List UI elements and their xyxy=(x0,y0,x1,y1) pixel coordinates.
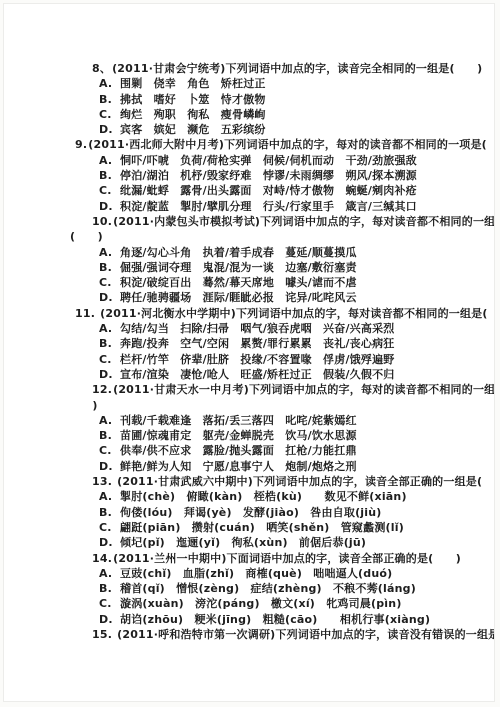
option-label: D. xyxy=(99,290,113,305)
option-label: D. xyxy=(99,459,113,474)
question-14-intro-text: (2011·兰州一中期中)下面词语中加点的字，读音全部正确的是( ) xyxy=(113,552,461,565)
option-label: D. xyxy=(99,612,113,627)
question-10-option-d: D.聘任/驰骋疆场 涯际/睚眦必报 诧异/叱咤风云 xyxy=(69,290,453,305)
question-10: 10.(2011·内蒙包头市模拟考试)下列词语中加点的字，每对读音都不相同的一组… xyxy=(69,214,453,306)
question-10-number: 10. xyxy=(92,215,112,228)
option-text: 积淀/靛蓝 掣肘/擘肌分理 行头/行家里手 箴言/三缄其口 xyxy=(120,200,417,213)
question-9-intro-text: (2011·西北师大附中月考)下列词语中加点的字，每对的读音都不相同的一项是( … xyxy=(88,138,495,151)
option-text: 倔强/强词夺理 鬼混/混为一谈 边塞/敷衍塞责 xyxy=(120,261,357,274)
question-15-intro-text: (2011·呼和浩特市第一次调研)下列词语中加点的字，读音没有错误的一组是( ) xyxy=(113,628,495,641)
question-11-intro: 11. (2011·河北衡水中学期中)下列词语中加点的字，每对读音都不相同的一组… xyxy=(69,306,453,321)
option-text: 掣肘(chè) 俯瞰(kàn) 桎梏(kù) 数见不鲜(xiān) xyxy=(120,490,407,503)
question-13-option-d: D.倾圮(pǐ) 迤逦(yǐ) 徇私(xùn) 前倨后恭(jū) xyxy=(69,535,453,550)
question-11: 11. (2011·河北衡水中学期中)下列词语中加点的字，每对读音都不相同的一组… xyxy=(69,306,453,382)
option-text: 豆豉(chǐ) 血脂(zhǐ) 商榷(què) 咄咄逼人(duó) xyxy=(120,567,392,580)
option-text: 倾圮(pǐ) 迤逦(yǐ) 徇私(xùn) 前倨后恭(jū) xyxy=(120,536,366,549)
question-8: 8、(2011·甘肃会宁统考)下列词语中加点的字，读音完全相同的一组是( ) A… xyxy=(69,61,453,137)
question-13: 13. (2011·甘肃武威六中期中)下列词语中加点的字，读音全部正确的一组是(… xyxy=(69,474,453,550)
question-12-option-d: D.鲜艳/鲜为人知 宁愿/息事宁人 炮制/炮烙之刑 xyxy=(69,459,453,474)
question-12-intro: 12.(2011·甘肃天水一中月考)下列词语中加点的字，每对的读音都不相同的一组… xyxy=(69,382,453,397)
option-label: D. xyxy=(99,122,113,137)
option-label: A. xyxy=(99,153,113,168)
option-text: 勾结/勾当 扫除/扫帚 咽气/狼吞虎咽 兴奋/兴高采烈 xyxy=(120,322,394,335)
option-label: D. xyxy=(99,367,113,382)
option-label: C. xyxy=(99,520,113,535)
question-14-number: 14. xyxy=(92,552,112,565)
question-9-number: 9. xyxy=(75,138,87,151)
question-10-option-a: A.角逐/勾心斗角 执着/着手成春 蔓延/顺蔓摸瓜 xyxy=(69,245,453,260)
question-15-intro: 15. (2011·呼和浩特市第一次调研)下列词语中加点的字，读音没有错误的一组… xyxy=(69,627,453,642)
option-label: B. xyxy=(99,168,113,183)
option-text: 奔跑/投奔 空气/空闲 累赘/罪行累累 丧礼/丧心病狂 xyxy=(120,337,394,350)
question-8-intro: 8、(2011·甘肃会宁统考)下列词语中加点的字，读音完全相同的一组是( ) xyxy=(69,61,453,76)
question-9-intro: 9.(2011·西北师大附中月考)下列词语中加点的字，每对的读音都不相同的一项是… xyxy=(69,137,453,152)
option-label: A. xyxy=(99,245,113,260)
option-label: A. xyxy=(99,321,113,336)
option-text: 稽首(qǐ) 憎恨(zèng) 症结(zhèng) 不稂不莠(láng) xyxy=(120,582,416,595)
question-12-option-a: A.刊载/千载难逢 落拓/丢三落四 叱咤/姹紫嫣红 xyxy=(69,413,453,428)
option-text: 苗圃/惊魂甫定 躯壳/金蝉脱壳 饮马/饮水思源 xyxy=(120,429,357,442)
option-text: 停泊/湖泊 机杼/毁家纾难 悖谬/未雨绸缪 朔风/探本溯源 xyxy=(120,169,417,182)
question-10-intro-text: (2011·内蒙包头市模拟考试)下列词语中加点的字，每对读音都不相同的一组是 xyxy=(113,215,495,228)
option-text: 栏杆/竹竿 侪辈/肚脐 投缘/不容置喙 俘虏/饿殍遍野 xyxy=(120,353,394,366)
question-10-answer-blank: ( ) xyxy=(69,229,453,244)
question-11-option-c: C.栏杆/竹竿 侪辈/肚脐 投缘/不容置喙 俘虏/饿殍遍野 xyxy=(69,352,453,367)
option-label: B. xyxy=(99,581,113,596)
option-text: 佝偻(lóu) 拜谒(yè) 发酵(jiào) 咎由自取(jiù) xyxy=(120,506,382,519)
question-12-option-b: B.苗圃/惊魂甫定 躯壳/金蝉脱壳 饮马/饮水思源 xyxy=(69,428,453,443)
question-8-option-a: A.围剿 侥幸 角色 矫枉过正 xyxy=(69,76,453,91)
option-label: B. xyxy=(99,260,113,275)
option-label: B. xyxy=(99,336,113,351)
question-9-option-b: B.停泊/湖泊 机杼/毁家纾难 悖谬/未雨绸缪 朔风/探本溯源 xyxy=(69,168,453,183)
question-9-option-c: C.纰漏/蚍蜉 露骨/出头露面 对峙/恃才傲物 蜿蜒/剜肉补疮 xyxy=(69,183,453,198)
question-12: 12.(2011·甘肃天水一中月考)下列词语中加点的字，每对的读音都不相同的一组… xyxy=(69,382,453,474)
option-label: A. xyxy=(99,413,113,428)
question-12-answer-blank: ) xyxy=(69,398,453,413)
question-9: 9.(2011·西北师大附中月考)下列词语中加点的字，每对的读音都不相同的一项是… xyxy=(69,137,453,213)
option-text: 聘任/驰骋疆场 涯际/睚眦必报 诧异/叱咤风云 xyxy=(120,291,357,304)
option-label: C. xyxy=(99,352,113,367)
option-label: C. xyxy=(99,183,113,198)
question-10-intro: 10.(2011·内蒙包头市模拟考试)下列词语中加点的字，每对读音都不相同的一组… xyxy=(69,214,453,229)
question-15-number: 15. xyxy=(92,628,112,641)
question-14-option-c: C.漩涡(xuàn) 滂沱(páng) 檄文(xí) 牝鸡司晨(pìn) xyxy=(69,596,453,611)
question-13-option-b: B.佝偻(lóu) 拜谒(yè) 发酵(jiào) 咎由自取(jiù) xyxy=(69,505,453,520)
option-text: 宾客 嫔妃 濒危 五彩缤纷 xyxy=(120,123,266,136)
option-text: 围剿 侥幸 角色 矫枉过正 xyxy=(120,77,266,90)
question-14-option-b: B.稽首(qǐ) 憎恨(zèng) 症结(zhèng) 不稂不莠(láng) xyxy=(69,581,453,596)
question-9-option-a: A.恫吓/吓唬 负荷/荷枪实弹 伺候/伺机而动 干劲/劲旅强敌 xyxy=(69,153,453,168)
question-10-option-b: B.倔强/强词夺理 鬼混/混为一谈 边塞/敷衍塞责 xyxy=(69,260,453,275)
option-text: 胡诌(zhōu) 粳米(jīng) 粗糙(cāo) 相机行事(xiàng) xyxy=(120,613,430,626)
question-8-option-c: C.绚烂 殉职 徇私 瘦骨嶙峋 xyxy=(69,107,453,122)
question-13-option-c: C.翩跹(piān) 攒射(cuán) 哂笑(shěn) 管窥蠡测(lǐ) xyxy=(69,520,453,535)
question-15: 15. (2011·呼和浩特市第一次调研)下列词语中加点的字，读音没有错误的一组… xyxy=(69,627,453,642)
question-13-number: 13. xyxy=(92,475,112,488)
option-text: 供奉/供不应求 露脸/抛头露面 扛枪/力能扛鼎 xyxy=(120,444,357,457)
question-13-intro: 13. (2011·甘肃武威六中期中)下列词语中加点的字，读音全部正确的一组是(… xyxy=(69,474,453,489)
option-label: B. xyxy=(99,428,113,443)
exam-paper-page: 8、(2011·甘肃会宁统考)下列词语中加点的字，读音完全相同的一组是( ) A… xyxy=(3,3,495,702)
option-text: 翩跹(piān) 攒射(cuán) 哂笑(shěn) 管窥蠡测(lǐ) xyxy=(120,521,404,534)
question-9-option-d: D.积淀/靛蓝 掣肘/擘肌分理 行头/行家里手 箴言/三缄其口 xyxy=(69,199,453,214)
option-text: 纰漏/蚍蜉 露骨/出头露面 对峙/恃才傲物 蜿蜒/剜肉补疮 xyxy=(120,184,417,197)
option-text: 鲜艳/鲜为人知 宁愿/息事宁人 炮制/炮烙之刑 xyxy=(120,460,357,473)
option-text: 恫吓/吓唬 负荷/荷枪实弹 伺候/伺机而动 干劲/劲旅强敌 xyxy=(120,154,417,167)
option-label: C. xyxy=(99,275,113,290)
question-14-option-d: D.胡诌(zhōu) 粳米(jīng) 粗糙(cāo) 相机行事(xiàng) xyxy=(69,612,453,627)
question-11-intro-text: (2011·河北衡水中学期中)下列词语中加点的字，每对读音都不相同的一组是( ) xyxy=(96,307,495,320)
question-13-intro-text: (2011·甘肃武威六中期中)下列词语中加点的字，读音全部正确的一组是( ) xyxy=(113,475,495,488)
question-12-number: 12. xyxy=(92,383,112,396)
question-14: 14.(2011·兰州一中期中)下面词语中加点的字，读音全部正确的是( ) A.… xyxy=(69,551,453,627)
option-label: B. xyxy=(99,92,113,107)
question-13-option-a: A.掣肘(chè) 俯瞰(kàn) 桎梏(kù) 数见不鲜(xiān) xyxy=(69,489,453,504)
exam-questions-content: 8、(2011·甘肃会宁统考)下列词语中加点的字，读音完全相同的一组是( ) A… xyxy=(69,61,453,642)
option-label: A. xyxy=(99,489,113,504)
question-11-option-a: A.勾结/勾当 扫除/扫帚 咽气/狼吞虎咽 兴奋/兴高采烈 xyxy=(69,321,453,336)
option-label: D. xyxy=(99,199,113,214)
question-12-option-c: C.供奉/供不应求 露脸/抛头露面 扛枪/力能扛鼎 xyxy=(69,443,453,458)
question-14-option-a: A.豆豉(chǐ) 血脂(zhǐ) 商榷(què) 咄咄逼人(duó) xyxy=(69,566,453,581)
option-label: C. xyxy=(99,443,113,458)
question-12-intro-text: (2011·甘肃天水一中月考)下列词语中加点的字，每对的读音都不相同的一组是( xyxy=(113,383,495,396)
question-10-option-c: C.积淀/破绽百出 蓦然/幕天席地 噱头/谑而不虐 xyxy=(69,275,453,290)
option-label: A. xyxy=(99,566,113,581)
option-label: C. xyxy=(99,107,113,122)
option-label: B. xyxy=(99,505,113,520)
option-text: 宣布/渲染 凄怆/呛人 旺盛/矫枉过正 假装/久假不归 xyxy=(120,368,394,381)
question-11-number: 11. xyxy=(75,307,95,320)
option-text: 刊载/千载难逢 落拓/丢三落四 叱咤/姹紫嫣红 xyxy=(120,414,357,427)
option-text: 积淀/破绽百出 蓦然/幕天席地 噱头/谑而不虐 xyxy=(120,276,357,289)
option-text: 角逐/勾心斗角 执着/着手成春 蔓延/顺蔓摸瓜 xyxy=(120,246,357,259)
question-8-number: 8、 xyxy=(92,62,111,75)
option-text: 拂拭 嗜好 卜筮 恃才傲物 xyxy=(120,93,266,106)
option-text: 绚烂 殉职 徇私 瘦骨嶙峋 xyxy=(120,108,266,121)
question-8-intro-text: (2011·甘肃会宁统考)下列词语中加点的字，读音完全相同的一组是( ) xyxy=(112,62,482,75)
question-11-option-b: B.奔跑/投奔 空气/空闲 累赘/罪行累累 丧礼/丧心病狂 xyxy=(69,336,453,351)
question-8-option-b: B.拂拭 嗜好 卜筮 恃才傲物 xyxy=(69,92,453,107)
question-14-intro: 14.(2011·兰州一中期中)下面词语中加点的字，读音全部正确的是( ) xyxy=(69,551,453,566)
option-label: C. xyxy=(99,596,113,611)
option-label: A. xyxy=(99,76,113,91)
option-label: D. xyxy=(99,535,113,550)
option-text: 漩涡(xuàn) 滂沱(páng) 檄文(xí) 牝鸡司晨(pìn) xyxy=(120,597,402,610)
question-8-option-d: D.宾客 嫔妃 濒危 五彩缤纷 xyxy=(69,122,453,137)
question-11-option-d: D.宣布/渲染 凄怆/呛人 旺盛/矫枉过正 假装/久假不归 xyxy=(69,367,453,382)
